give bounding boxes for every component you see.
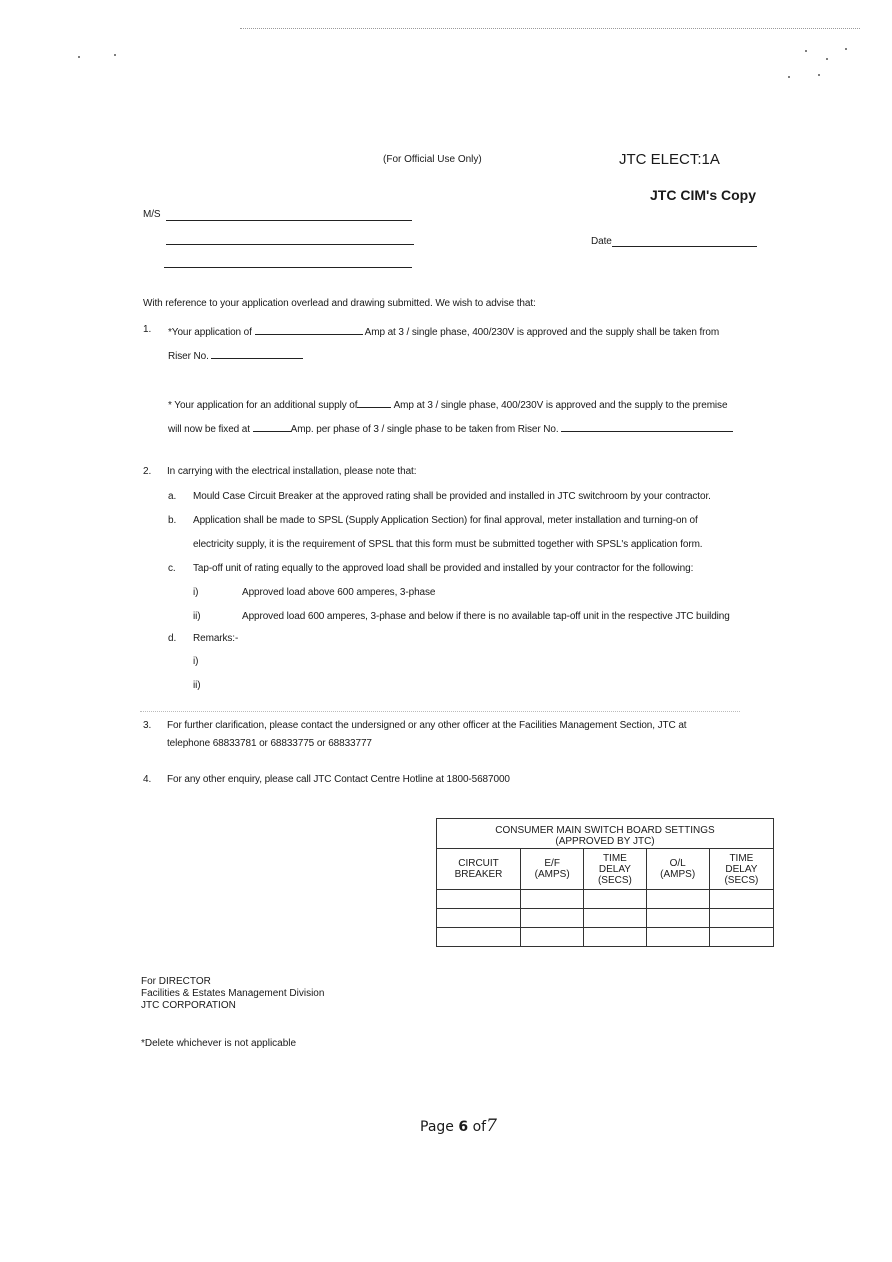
table-cell[interactable] bbox=[521, 909, 584, 928]
column-header-line: E/F bbox=[521, 858, 583, 869]
date-label: Date bbox=[591, 236, 612, 247]
page-number: Page 6 of7 bbox=[420, 1116, 497, 1136]
table-cell[interactable] bbox=[521, 928, 584, 947]
sub-c-text: Tap-off unit of rating equally to the ap… bbox=[193, 563, 693, 574]
column-header-line: (SECS) bbox=[584, 875, 645, 886]
scan-speck bbox=[826, 58, 828, 60]
scan-speck bbox=[818, 74, 820, 76]
table-cell[interactable] bbox=[584, 890, 646, 909]
additional-amp-field[interactable] bbox=[357, 397, 391, 408]
riser-field[interactable] bbox=[211, 348, 303, 359]
scan-artifact-line bbox=[240, 28, 860, 29]
item-number: 2. bbox=[143, 466, 163, 477]
sub-label: d. bbox=[168, 633, 176, 644]
item-number: 3. bbox=[143, 720, 163, 731]
column-header-line: (SECS) bbox=[710, 875, 773, 886]
column-header: CIRCUITBREAKER bbox=[437, 849, 521, 890]
copy-label: JTC CIM's Copy bbox=[650, 187, 756, 203]
official-use-label: (For Official Use Only) bbox=[383, 154, 482, 165]
column-header-line: O/L bbox=[647, 858, 709, 869]
table-cell[interactable] bbox=[709, 928, 773, 947]
sub-c-i-label: i) bbox=[193, 587, 198, 598]
ms-field-line-2[interactable] bbox=[166, 244, 414, 245]
table-title: CONSUMER MAIN SWITCH BOARD SETTINGS (APP… bbox=[437, 819, 774, 849]
scan-speck bbox=[78, 56, 80, 58]
ms-label: M/S bbox=[143, 209, 160, 220]
table-cell[interactable] bbox=[709, 890, 773, 909]
additional-text-post: Amp at 3 / single phase, 400/230V is app… bbox=[394, 400, 728, 411]
column-header-line: TIME bbox=[584, 853, 645, 864]
item-1-additional-line-1: * Your application for an additional sup… bbox=[168, 397, 727, 411]
remarks-label: Remarks:- bbox=[193, 633, 238, 644]
sub-label: b. bbox=[168, 515, 176, 526]
page-of: of bbox=[473, 1119, 487, 1135]
item-1-text-pre: *Your application of bbox=[168, 327, 252, 338]
table-cell[interactable] bbox=[521, 890, 584, 909]
sub-b-text-2: electricity supply, it is the requiremen… bbox=[193, 539, 703, 550]
table-cell[interactable] bbox=[709, 909, 773, 928]
column-header-line: (AMPS) bbox=[647, 869, 709, 880]
item-1-line-1: *Your application of Amp at 3 / single p… bbox=[168, 324, 719, 338]
table-row bbox=[437, 928, 774, 947]
signature-line-3: JTC CORPORATION bbox=[141, 1000, 324, 1012]
sub-b-text: Application shall be made to SPSL (Suppl… bbox=[193, 515, 698, 526]
item-number: 4. bbox=[143, 774, 163, 785]
column-header-line: DELAY bbox=[584, 864, 645, 875]
fixed-text-post: Amp. per phase of 3 / single phase to be… bbox=[291, 424, 559, 435]
table-cell[interactable] bbox=[437, 928, 521, 947]
signature-line-2: Facilities & Estates Management Division bbox=[141, 988, 324, 1000]
table-title-line-2: (APPROVED BY JTC) bbox=[437, 836, 773, 847]
sub-c-ii-text: Approved load 600 amperes, 3-phase and b… bbox=[242, 611, 730, 622]
column-header-line: DELAY bbox=[710, 864, 773, 875]
scan-artifact-line bbox=[140, 711, 740, 712]
table-cell[interactable] bbox=[584, 928, 646, 947]
signature-block: For DIRECTOR Facilities & Estates Manage… bbox=[141, 976, 324, 1012]
column-header-line: CIRCUIT bbox=[437, 858, 520, 869]
scan-speck bbox=[114, 54, 116, 56]
date-field-line[interactable] bbox=[612, 246, 757, 247]
column-header-line: (AMPS) bbox=[521, 869, 583, 880]
ms-field-line-1[interactable] bbox=[166, 220, 412, 221]
item-3-text-2: telephone 68833781 or 68833775 or 688337… bbox=[167, 738, 372, 749]
column-header: TIMEDELAY(SECS) bbox=[584, 849, 646, 890]
item-2-text: In carrying with the electrical installa… bbox=[167, 466, 416, 477]
sub-label: c. bbox=[168, 563, 176, 574]
remark-ii-label: ii) bbox=[193, 680, 200, 691]
column-header: O/L(AMPS) bbox=[646, 849, 709, 890]
item-number: 1. bbox=[143, 324, 163, 335]
fixed-at-text: will now be fixed at bbox=[168, 424, 250, 435]
sub-c-i-text: Approved load above 600 amperes, 3-phase bbox=[242, 587, 435, 598]
scan-speck bbox=[845, 48, 847, 50]
item-1-additional-line-2: will now be fixed at Amp. per phase of 3… bbox=[168, 421, 733, 435]
table-cell[interactable] bbox=[646, 928, 709, 947]
sub-a-text: Mould Case Circuit Breaker at the approv… bbox=[193, 491, 711, 502]
form-code: JTC ELECT:1A bbox=[619, 151, 720, 168]
remark-i-label: i) bbox=[193, 656, 198, 667]
scan-speck bbox=[788, 76, 790, 78]
additional-riser-field[interactable] bbox=[561, 421, 733, 432]
switch-board-settings-table: CONSUMER MAIN SWITCH BOARD SETTINGS (APP… bbox=[436, 818, 774, 947]
table-row bbox=[437, 890, 774, 909]
item-1-line-2: Riser No. bbox=[168, 348, 303, 362]
signature-line-1: For DIRECTOR bbox=[141, 976, 324, 988]
intro-text: With reference to your application overl… bbox=[143, 298, 536, 309]
footnote: *Delete whichever is not applicable bbox=[141, 1038, 296, 1049]
sub-c-ii-label: ii) bbox=[193, 611, 200, 622]
table-cell[interactable] bbox=[437, 909, 521, 928]
table-cell[interactable] bbox=[646, 890, 709, 909]
table-cell[interactable] bbox=[437, 890, 521, 909]
sub-label: a. bbox=[168, 491, 176, 502]
riser-label: Riser No. bbox=[168, 351, 209, 362]
table-title-line-1: CONSUMER MAIN SWITCH BOARD SETTINGS bbox=[437, 825, 773, 836]
scan-speck bbox=[805, 50, 807, 52]
column-header: E/F(AMPS) bbox=[521, 849, 584, 890]
item-3-text: For further clarification, please contac… bbox=[167, 720, 686, 731]
ms-field-line-3[interactable] bbox=[164, 267, 412, 268]
amp-field[interactable] bbox=[255, 324, 363, 335]
item-4-text: For any other enquiry, please call JTC C… bbox=[167, 774, 510, 785]
page-prefix: Page bbox=[420, 1119, 454, 1135]
page-total: 7 bbox=[486, 1116, 497, 1136]
column-header: TIMEDELAY(SECS) bbox=[709, 849, 773, 890]
table-cell[interactable] bbox=[584, 909, 646, 928]
column-header-line: TIME bbox=[710, 853, 773, 864]
column-header-line: BREAKER bbox=[437, 869, 520, 880]
table-cell[interactable] bbox=[646, 909, 709, 928]
fixed-amp-field[interactable] bbox=[253, 421, 291, 432]
additional-text-pre: * Your application for an additional sup… bbox=[168, 400, 357, 411]
page-current: 6 bbox=[458, 1119, 468, 1135]
item-1-text-post: Amp at 3 / single phase, 400/230V is app… bbox=[365, 327, 719, 338]
table-row bbox=[437, 909, 774, 928]
